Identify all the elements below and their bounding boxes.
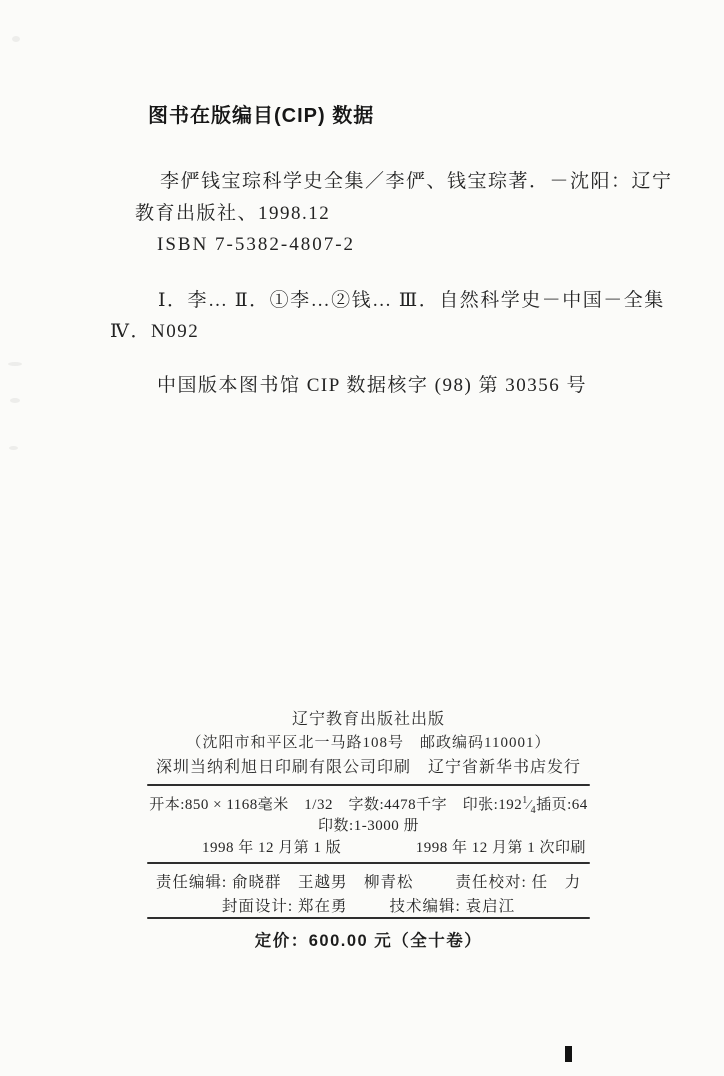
cover-designer: 封面设计: 郑在勇 [222,897,348,916]
print-run-line: 印数:1-3000 册 [147,817,590,836]
edition-row: 1998 年 12 月第 1 版 1998 年 12 月第 1 次印刷 [147,839,590,858]
price-line: 定价：600.00 元（全十卷） [147,931,590,952]
horizontal-rule-middle [147,862,590,864]
technical-editor: 技术编辑: 袁启江 [390,897,516,916]
publisher-line: 辽宁教育出版社出版 [147,710,590,730]
proofreader: 责任校对: 任 力 [456,873,582,892]
scanned-copyright-page: 图书在版编目(CIP) 数据 李俨钱宝琮科学史全集／李俨、钱宝琮著．－沈阳：辽宁… [0,0,724,1076]
isbn-number: ISBN 7-5382-4807-2 [157,233,355,257]
scan-speck [12,36,20,42]
sheet-count-fraction: 1⁄4 [522,797,536,813]
horizontal-rule-bottom [147,917,590,919]
cip-title-statement-line2: 教育出版社、1998.12 [135,202,330,226]
cip-subjects-line1: Ⅰ．李… Ⅱ．①李…②钱… Ⅲ．自然科学史－中国－全集 [158,289,665,313]
printer-distributor: 深圳当纳利旭日印刷有限公司印刷 辽宁省新华书店发行 [147,758,590,778]
format-specs-suffix: 插页:64 [536,797,588,813]
staff-row-1: 责任编辑: 俞晓群 王越男 柳青松 责任校对: 任 力 [147,873,590,892]
scan-speck [8,362,22,366]
cip-subjects-line2: Ⅳ．N092 [110,320,199,344]
horizontal-rule-top [147,784,590,786]
format-specs-line: 开本:850 × 1168毫米 1/32 字数:4478千字 印张:1921⁄4… [147,795,590,818]
publisher-address: （沈阳市和平区北一马路108号 邮政编码110001） [147,734,590,753]
scan-speck [10,398,20,403]
scan-speck [9,446,18,450]
responsible-editors: 责任编辑: 俞晓群 王越男 柳青松 [156,873,414,892]
staff-row-2: 封面设计: 郑在勇 技术编辑: 袁启江 [147,897,590,916]
format-specs-prefix: 开本:850 × 1168毫米 1/32 字数:4478千字 印张:192 [149,797,522,813]
cip-title-statement-line1: 李俨钱宝琮科学史全集／李俨、钱宝琮著．－沈阳：辽宁 [160,170,673,194]
edition-statement: 1998 年 12 月第 1 版 [202,839,341,858]
cip-record-number: 中国版本图书馆 CIP 数据核字 (98) 第 30356 号 [157,374,587,398]
printing-statement: 1998 年 12 月第 1 次印刷 [416,839,586,858]
cip-header: 图书在版编目(CIP) 数据 [148,104,374,129]
page-registration-mark [565,1046,572,1062]
